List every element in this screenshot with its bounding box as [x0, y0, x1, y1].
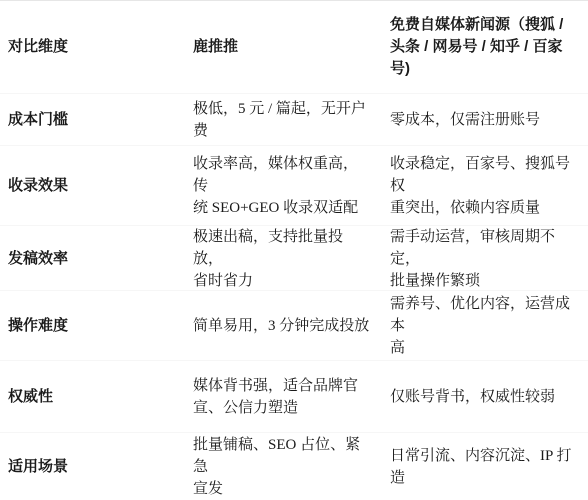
row-label: 收录效果: [0, 175, 183, 197]
header-cell-free-media: 免费自媒体新闻源（搜狐 / 头条 / 网易号 / 知乎 / 百家 号): [380, 14, 588, 80]
cell-lutuitui: 极速出稿，支持批量投放， 省时省力: [183, 226, 380, 292]
table-row-efficiency: 发稿效率 极速出稿，支持批量投放， 省时省力 需手动运营，审核周期不定， 批量操…: [0, 225, 588, 290]
row-label: 成本门槛: [0, 109, 183, 131]
cell-lutuitui: 收录率高，媒体权重高，传 统 SEO+GEO 收录双适配: [183, 153, 380, 219]
cell-lutuitui: 极低，5 元 / 篇起，无开户费: [183, 98, 380, 142]
table-row-scenarios: 适用场景 批量铺稿、SEO 占位、紧急 宣发 日常引流、内容沉淀、IP 打 造: [0, 432, 588, 500]
table-row-cost: 成本门槛 极低，5 元 / 篇起，无开户费 零成本，仅需注册账号: [0, 93, 588, 145]
comparison-page: 对比维度 鹿推推 免费自媒体新闻源（搜狐 / 头条 / 网易号 / 知乎 / 百…: [0, 0, 588, 500]
row-label: 发稿效率: [0, 248, 183, 270]
header-cell-lutuitui: 鹿推推: [183, 36, 380, 58]
cell-free-media: 仅账号背书，权威性较弱: [380, 386, 588, 408]
table-row-difficulty: 操作难度 简单易用，3 分钟完成投放 需养号、优化内容，运营成本 高: [0, 290, 588, 360]
row-label: 适用场景: [0, 456, 183, 478]
table-row-indexing: 收录效果 收录率高，媒体权重高，传 统 SEO+GEO 收录双适配 收录稳定，百…: [0, 145, 588, 225]
cell-free-media: 需养号、优化内容，运营成本 高: [380, 293, 588, 359]
cell-free-media: 收录稳定，百家号、搜狐号权 重突出，依赖内容质量: [380, 153, 588, 219]
cell-lutuitui: 简单易用，3 分钟完成投放: [183, 315, 380, 337]
cell-lutuitui: 批量铺稿、SEO 占位、紧急 宣发: [183, 434, 380, 500]
header-cell-dimension: 对比维度: [0, 36, 183, 58]
table-row-authority: 权威性 媒体背书强，适合品牌官 宣、公信力塑造 仅账号背书，权威性较弱: [0, 360, 588, 432]
cell-free-media: 零成本，仅需注册账号: [380, 109, 588, 131]
cell-free-media: 日常引流、内容沉淀、IP 打 造: [380, 445, 588, 489]
cell-free-media: 需手动运营，审核周期不定， 批量操作繁琐: [380, 226, 588, 292]
comparison-table: 对比维度 鹿推推 免费自媒体新闻源（搜狐 / 头条 / 网易号 / 知乎 / 百…: [0, 0, 588, 500]
table-header-row: 对比维度 鹿推推 免费自媒体新闻源（搜狐 / 头条 / 网易号 / 知乎 / 百…: [0, 1, 588, 93]
row-label: 操作难度: [0, 315, 183, 337]
cell-lutuitui: 媒体背书强，适合品牌官 宣、公信力塑造: [183, 375, 380, 419]
row-label: 权威性: [0, 386, 183, 408]
